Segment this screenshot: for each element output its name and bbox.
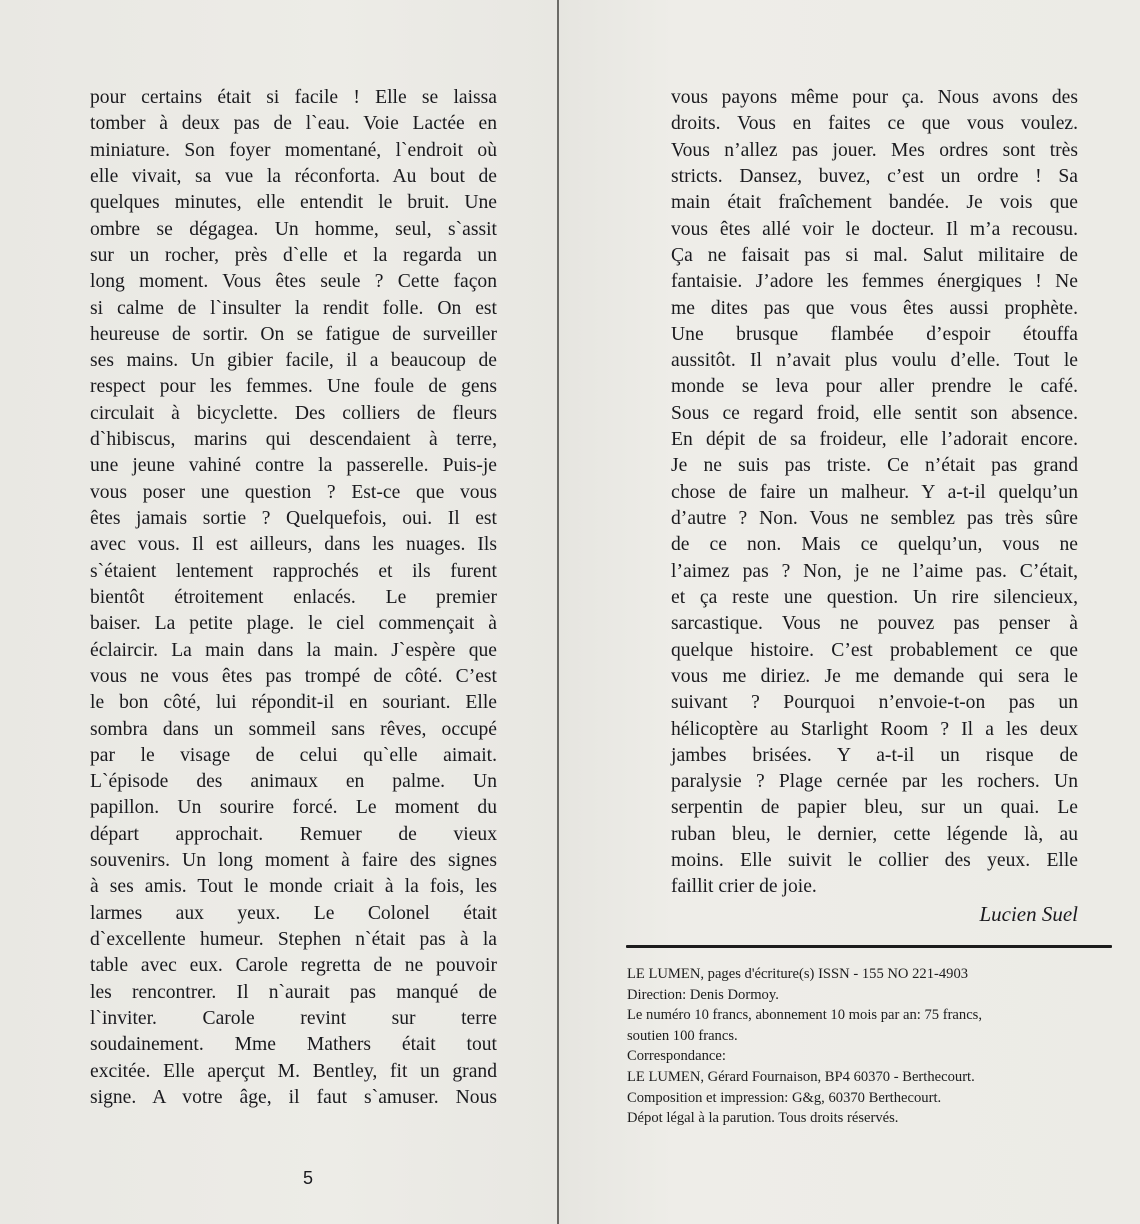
text-line: fantaisie. J’adore les femmes énergiques…: [671, 269, 1078, 295]
text-line: éclaircir. La main dans la main. J`espèr…: [90, 638, 497, 664]
text-line: droits. Vous en faites ce que vous voule…: [671, 111, 1078, 137]
text-line: Sous ce regard froid, elle sentit son ab…: [671, 401, 1078, 427]
text-line: l`inviter. Carole revint sur terre: [90, 1006, 497, 1032]
text-line: tomber à deux pas de l`eau. Voie Lactée …: [90, 111, 497, 137]
text-line: miniature. Son foyer momentané, l`endroi…: [90, 138, 497, 164]
text-line: souvenirs. Un long moment à faire des si…: [90, 848, 497, 874]
text-line: baiser. La petite plage. le ciel commenç…: [90, 611, 497, 637]
text-line: main était fraîchement bandée. Je vois q…: [671, 190, 1078, 216]
colophon-line: LE LUMEN, Gérard Fournaison, BP4 60370 -…: [627, 1067, 1127, 1088]
text-line: me dites pas que vous êtes aussi prophèt…: [671, 296, 1078, 322]
colophon-line: Dépot légal à la parution. Tous droits r…: [627, 1108, 1127, 1129]
text-line: En dépit de sa froideur, elle l’adorait …: [671, 427, 1078, 453]
text-line: vous me diriez. Je me demande qui sera l…: [671, 664, 1078, 690]
text-line: vous payons même pour ça. Nous avons des: [671, 85, 1078, 111]
right-text-column: vous payons même pour ça. Nous avons des…: [671, 85, 1078, 901]
text-line: excitée. Elle aperçut M. Bentley, fit un…: [90, 1059, 497, 1085]
text-line: larmes aux yeux. Le Colonel était: [90, 901, 497, 927]
text-line: hélicoptère au Starlight Room ? Il a les…: [671, 717, 1078, 743]
text-line: serpentin de papier bleu, sur un quai. L…: [671, 795, 1078, 821]
text-line: papillon. Un sourire forcé. Le moment du: [90, 795, 497, 821]
text-line: avec vous. Il est ailleurs, dans les nua…: [90, 532, 497, 558]
text-line: d’autre ? Non. Vous ne semblez pas très …: [671, 506, 1078, 532]
text-line: quelque histoire. C’est probablement ce …: [671, 638, 1078, 664]
text-line: les rencontrer. Il n`aurait pas manqué d…: [90, 980, 497, 1006]
text-line: d`excellente humeur. Stephen n`était pas…: [90, 927, 497, 953]
text-line: bientôt étroitement enlacés. Le premier: [90, 585, 497, 611]
colophon-line: Correspondance:: [627, 1046, 1127, 1067]
text-line: Une brusque flambée d’espoir étouffa: [671, 322, 1078, 348]
text-line: elle vivait, sa vue la réconforta. Au bo…: [90, 164, 497, 190]
text-line: si calme de l`insulter la rendit folle. …: [90, 296, 497, 322]
text-line: moins. Elle suivit le collier des yeux. …: [671, 848, 1078, 874]
text-line: sur un rocher, près d`elle et la regarda…: [90, 243, 497, 269]
text-line: ombre se dégagea. Un homme, seul, s`assi…: [90, 217, 497, 243]
text-line: paralysie ? Plage cernée par les rochers…: [671, 769, 1078, 795]
center-fold: [557, 0, 559, 1224]
page-number: 5: [303, 1168, 313, 1189]
colophon-line: Direction: Denis Dormoy.: [627, 985, 1127, 1006]
text-line: quelques minutes, elle entendit le bruit…: [90, 190, 497, 216]
text-line: pour certains était si facile ! Elle se …: [90, 85, 497, 111]
text-line: suivant ? Pourquoi n’envoie-t-on pas un: [671, 690, 1078, 716]
text-line: à ses amis. Tout le monde criait à la fo…: [90, 874, 497, 900]
text-line: vous êtes allé voir le docteur. Il m’a r…: [671, 217, 1078, 243]
colophon: LE LUMEN, pages d'écriture(s) ISSN - 155…: [627, 964, 1127, 1129]
text-line: respect pour les femmes. Une foule de ge…: [90, 374, 497, 400]
text-line: L`épisode des animaux en palme. Un: [90, 769, 497, 795]
colophon-divider: [626, 945, 1112, 948]
text-line: signe. A votre âge, il faut s`amuser. No…: [90, 1085, 497, 1111]
text-line: et ça reste une question. Un rire silenc…: [671, 585, 1078, 611]
text-line: soudainement. Mme Mathers était tout: [90, 1032, 497, 1058]
author-signature: Lucien Suel: [671, 902, 1078, 927]
text-line: heureuse de sortir. On se fatigue de sur…: [90, 322, 497, 348]
text-line: Vous n’allez pas jouer. Mes ordres sont …: [671, 138, 1078, 164]
text-line: stricts. Dansez, buvez, c’est un ordre !…: [671, 164, 1078, 190]
left-text-column: pour certains était si facile ! Elle se …: [90, 85, 497, 1111]
text-line: s`étaient lentement rapprochés et ils fu…: [90, 559, 497, 585]
text-line: êtes jamais sortie ? Quelquefois, oui. I…: [90, 506, 497, 532]
text-line: d`hibiscus, marins qui descendaient à te…: [90, 427, 497, 453]
text-line: vous ne vous êtes pas trompé de côté. C’…: [90, 664, 497, 690]
text-line: circulait à bicyclette. Des colliers de …: [90, 401, 497, 427]
text-line: jambes brisées. Y a-t-il un risque de: [671, 743, 1078, 769]
text-line: sarcastique. Vous ne pouvez pas penser à: [671, 611, 1078, 637]
colophon-line: Composition et impression: G&g, 60370 Be…: [627, 1088, 1127, 1109]
text-line: vous poser une question ? Est-ce que vou…: [90, 480, 497, 506]
text-line: par le visage de celui qu`elle aimait.: [90, 743, 497, 769]
text-line: une jeune vahiné contre la passerelle. P…: [90, 453, 497, 479]
text-line: Je ne suis pas triste. Ce n’était pas gr…: [671, 453, 1078, 479]
text-line: aussitôt. Il n’avait plus voulu d’elle. …: [671, 348, 1078, 374]
colophon-line: LE LUMEN, pages d'écriture(s) ISSN - 155…: [627, 964, 1127, 985]
text-line: ses mains. Un gibier facile, il a beauco…: [90, 348, 497, 374]
text-line: faillit crier de joie.: [671, 874, 1078, 900]
text-line: long moment. Vous êtes seule ? Cette faç…: [90, 269, 497, 295]
text-line: départ approchait. Remuer de vieux: [90, 822, 497, 848]
text-line: le bon côté, lui répondit-il en souriant…: [90, 690, 497, 716]
text-line: Ça ne faisait pas si mal. Salut militair…: [671, 243, 1078, 269]
text-line: monde se leva pour aller prendre le café…: [671, 374, 1078, 400]
text-line: table avec eux. Carole regretta de ne po…: [90, 953, 497, 979]
text-line: de ce non. Mais ce quelqu’un, vous ne: [671, 532, 1078, 558]
text-line: chose de faire un malheur. Y a-t-il quel…: [671, 480, 1078, 506]
colophon-line: soutien 100 francs.: [627, 1026, 1127, 1047]
colophon-line: Le numéro 10 francs, abonnement 10 mois …: [627, 1005, 1127, 1026]
text-line: sombra dans un sommeil sans rêves, occup…: [90, 717, 497, 743]
text-line: l’aimez pas ? Non, je ne l’aime pas. C’é…: [671, 559, 1078, 585]
text-line: ruban bleu, le dernier, cette légende là…: [671, 822, 1078, 848]
